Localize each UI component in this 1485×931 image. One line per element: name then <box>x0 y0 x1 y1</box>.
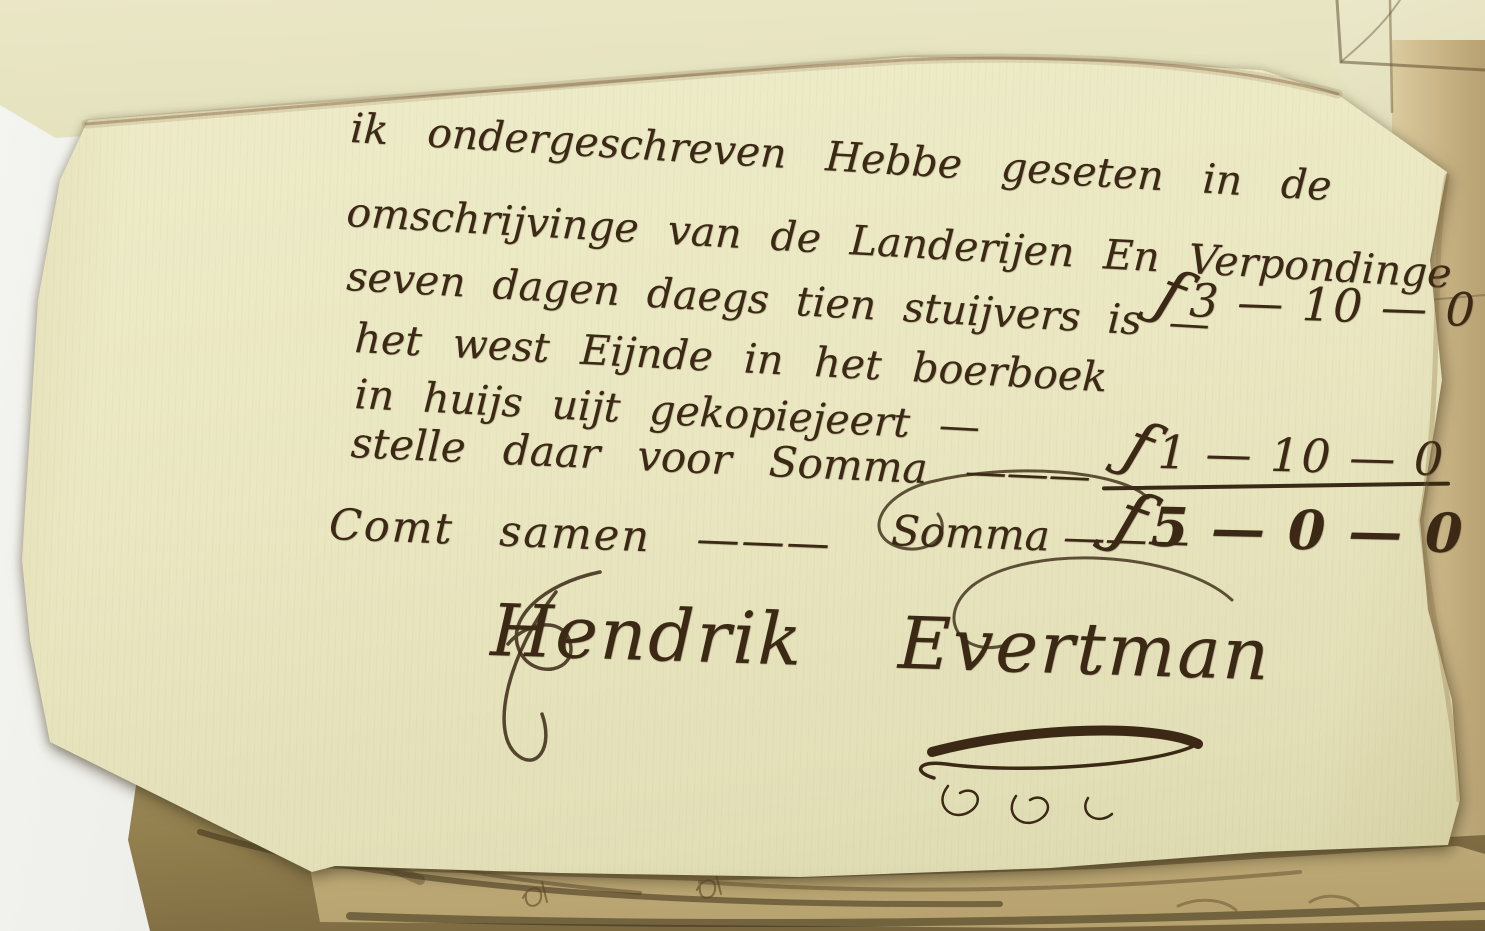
amount-daily-total: ƒ 3 — 10 — 0 <box>1156 272 1478 337</box>
amount-value-copy-fee: 1 — 10 — 0 <box>1157 425 1446 487</box>
amount-grand-total: ƒ 5 — 0 — 0 <box>1115 494 1466 565</box>
amount-value-daily-total: 3 — 10 — 0 <box>1189 273 1478 337</box>
amount-copy-fee: ƒ 1 — 10 — 0 <box>1125 424 1446 486</box>
archive-photo-of-receipt: ik ondergeschreven Hebbe geseten in de o… <box>0 0 1485 931</box>
amount-value-grand-total: 5 — 0 — 0 <box>1150 495 1465 566</box>
